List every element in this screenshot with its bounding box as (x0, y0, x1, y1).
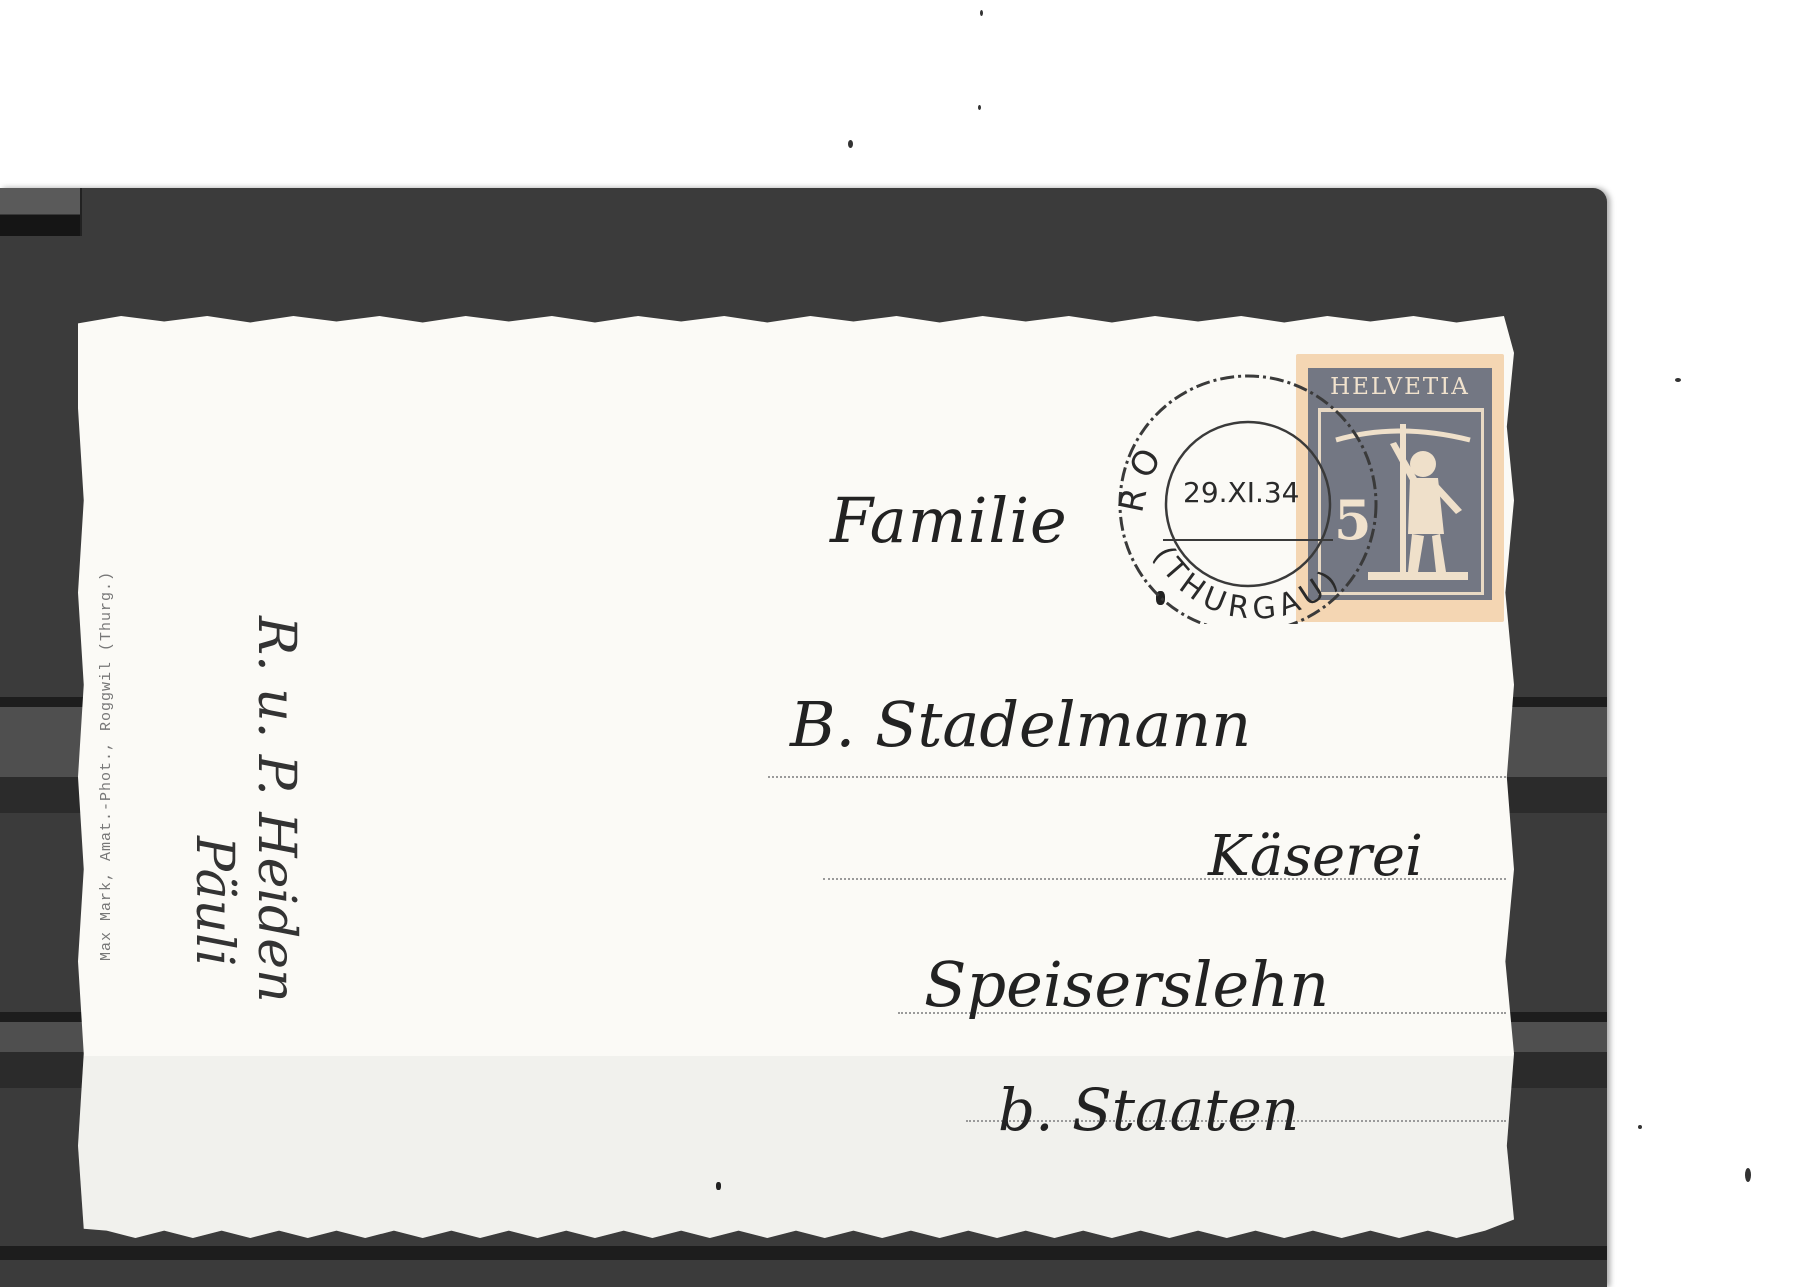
album-strip (0, 1246, 1607, 1260)
postcard: Max Mark, Amat.-Phot., Roggwil (Thurg.) … (78, 316, 1514, 1238)
svg-text:RO: RO (1111, 433, 1174, 516)
scan-speck (978, 105, 981, 110)
address-line-rule (768, 776, 1506, 778)
address-line-1: Familie (830, 484, 1068, 557)
scan-speck (1675, 378, 1681, 382)
stamp-design: HELVETIA 5 (1308, 368, 1492, 600)
ink-blot (1156, 591, 1165, 605)
address-line-5: b. Staaten (998, 1076, 1299, 1144)
stamp-denomination: 5 (1334, 488, 1372, 552)
address-line-3: Käserei (1208, 824, 1423, 889)
side-note-line: Päuli (183, 616, 245, 1003)
stamp-country: HELVETIA (1308, 374, 1492, 400)
scan-speck (1745, 1168, 1751, 1182)
album-corner-tab (0, 188, 82, 236)
postage-stamp: HELVETIA 5 (1296, 354, 1504, 622)
postmark-date: 29.XI.34 (1183, 476, 1300, 509)
address-line-2: B. Stadelmann (790, 688, 1251, 761)
address-line-4: Speiserslehn (924, 948, 1329, 1021)
scan-speck (848, 140, 853, 148)
publisher-imprint: Max Mark, Amat.-Phot., Roggwil (Thurg.) (98, 571, 115, 961)
side-note: R. u. P. Heiden Päuli (183, 616, 307, 1003)
side-note-line: R. u. P. Heiden (245, 616, 307, 1003)
postmark-town: RO (1111, 433, 1174, 516)
scan-speck (980, 10, 983, 16)
scan-speck (1638, 1125, 1642, 1129)
ink-blot (716, 1182, 721, 1190)
